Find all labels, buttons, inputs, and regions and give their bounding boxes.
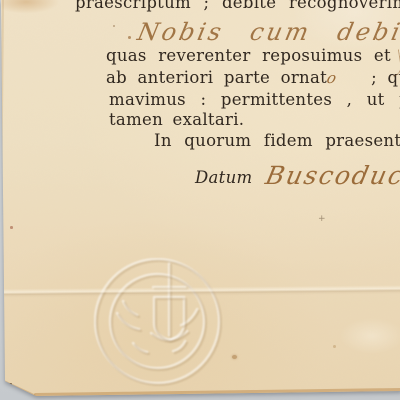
paper-shadow-wrap: praescriptum ; debite recognoverimus Nob… [0, 0, 400, 400]
paper-grain-texture [0, 0, 400, 400]
document-paper: praescriptum ; debite recognoverimus Nob… [0, 0, 400, 400]
photo-background: praescriptum ; debite recognoverimus Nob… [0, 0, 400, 400]
